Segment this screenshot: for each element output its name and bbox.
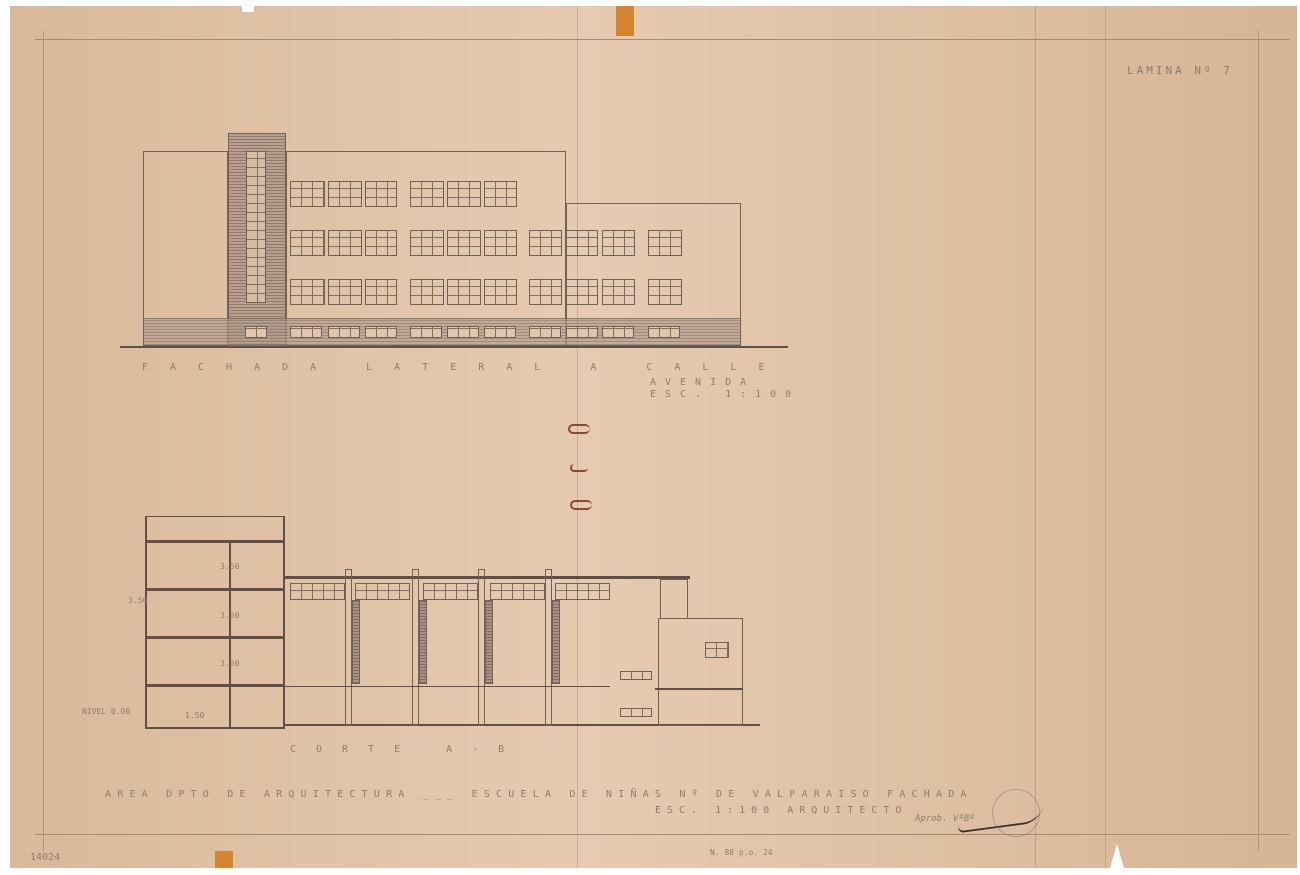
floor-slab — [145, 588, 285, 591]
clerestory-window — [355, 583, 410, 600]
window — [328, 181, 362, 207]
window — [328, 279, 362, 305]
annex-slab — [655, 688, 743, 690]
window — [566, 279, 598, 305]
window — [566, 230, 598, 256]
paperclip-mark — [570, 500, 592, 510]
dimension-label: 3.50 — [128, 596, 147, 605]
clerestory-window — [555, 583, 610, 600]
annex-window — [705, 642, 729, 658]
title-line-2: ESC. 1:100 ARQUITECTO — [655, 805, 907, 816]
basement-window — [602, 326, 634, 338]
floor-slab — [145, 727, 285, 729]
elevation-sublabel: AVENIDA — [650, 377, 755, 388]
paperclip-mark — [568, 424, 590, 434]
window — [290, 181, 325, 207]
window — [365, 181, 397, 207]
window — [447, 279, 481, 305]
sheet-tear — [242, 0, 254, 12]
wall-hatch — [485, 600, 493, 684]
section-wall — [145, 516, 147, 728]
window — [484, 230, 517, 256]
gallery-line — [285, 686, 610, 687]
left-block — [143, 151, 228, 346]
window — [410, 230, 444, 256]
window — [602, 279, 635, 305]
frame-top — [35, 39, 1290, 40]
dimension-label: 3.50 — [220, 562, 239, 571]
window — [365, 279, 397, 305]
elevation-label: FACHADA LATERAL A CALLE — [142, 362, 786, 373]
window — [447, 181, 481, 207]
frame-left — [43, 31, 44, 851]
basement-window — [484, 326, 516, 338]
basement-window — [365, 326, 397, 338]
paperclip-mark — [570, 464, 588, 472]
wall-hatch — [352, 600, 360, 684]
clerestory-window — [490, 583, 545, 600]
archive-number: 14024 — [30, 852, 60, 863]
window — [365, 230, 397, 256]
dimension-label: 3.50 — [220, 611, 239, 620]
ground-line — [120, 346, 788, 348]
window — [290, 279, 325, 305]
fold-line — [1035, 6, 1036, 868]
basement-window — [328, 326, 360, 338]
basement-window — [410, 326, 442, 338]
window — [410, 181, 444, 207]
basement-window — [245, 326, 267, 338]
floor-slab — [145, 684, 285, 687]
window — [484, 181, 517, 207]
window — [602, 230, 635, 256]
basement-window — [447, 326, 479, 338]
stair-tower-window — [246, 151, 266, 303]
section-label: CORTE A-B — [290, 744, 524, 755]
basement-window — [529, 326, 561, 338]
window — [410, 279, 444, 305]
annex — [658, 618, 743, 726]
annex-window — [620, 671, 652, 680]
dimension-label: 3.50 — [220, 659, 239, 668]
basement-window — [648, 326, 680, 338]
sheet-number: LAMINA Nº 7 — [1127, 64, 1233, 77]
wall-hatch — [552, 600, 560, 684]
fold-line — [1105, 6, 1106, 868]
bottom-note: N. 88 p.o. 24 — [710, 848, 773, 857]
window — [529, 230, 562, 256]
sheet-tear — [1110, 844, 1124, 868]
floor-slab — [145, 516, 285, 517]
window — [328, 230, 362, 256]
dimension-label: 1.50 — [185, 711, 204, 720]
frame-right — [1258, 31, 1259, 851]
level-note: NIVEL 0.00 — [82, 707, 130, 716]
section-wall — [283, 516, 285, 728]
elevation-scale: ESC. 1:100 — [650, 389, 800, 400]
frame-bottom — [35, 834, 1290, 835]
window — [484, 279, 517, 305]
window — [648, 279, 682, 305]
drawing-sheet: LAMINA Nº 7 — [10, 6, 1297, 868]
column — [545, 569, 552, 726]
column — [345, 569, 352, 726]
window — [648, 230, 682, 256]
window — [529, 279, 562, 305]
column — [412, 569, 419, 726]
floor-slab — [145, 636, 285, 639]
clerestory-window — [290, 583, 345, 600]
basement-window — [290, 326, 322, 338]
floor-slab — [145, 540, 285, 543]
title-line-1: AREA DPTO DE ARQUITECTURA ___ ESCUELA DE… — [105, 789, 973, 800]
column — [478, 569, 485, 726]
window — [290, 230, 325, 256]
basement-window — [566, 326, 598, 338]
wall-hatch — [419, 600, 427, 684]
window — [447, 230, 481, 256]
clerestory-window — [423, 583, 478, 600]
annex-upper — [660, 579, 688, 618]
annex-window — [620, 708, 652, 717]
tape-top — [616, 6, 634, 36]
tape-bottom — [215, 851, 233, 868]
fold-line — [577, 6, 578, 868]
official-seal — [992, 789, 1040, 837]
